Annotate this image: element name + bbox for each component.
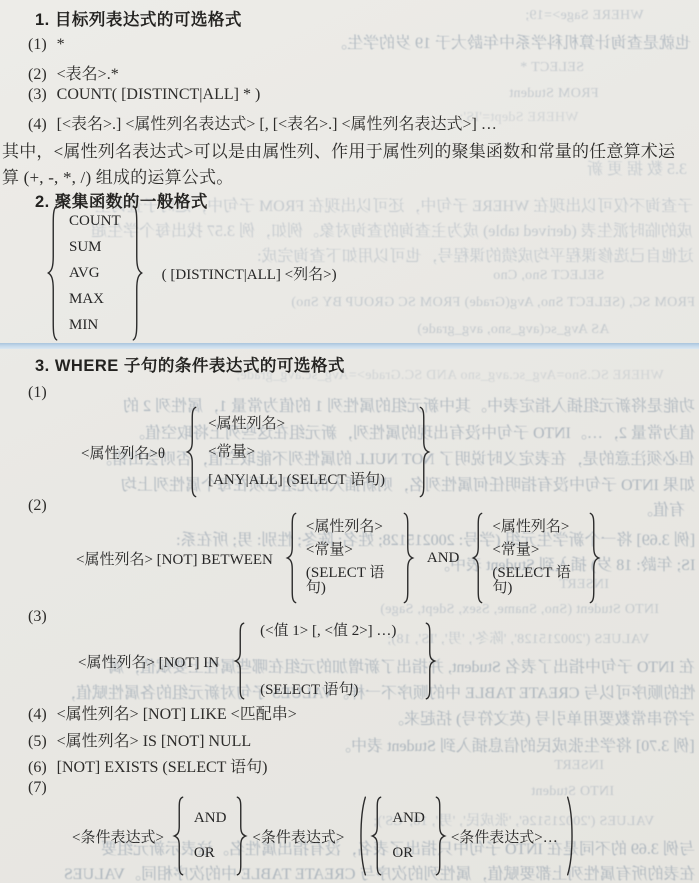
formula-operator: AND: [427, 550, 460, 567]
section1-heading: 1. 目标列表达式的可选格式: [35, 6, 242, 30]
aggregate-function-list: COUNT SUM AVG MAX MIN: [59, 204, 131, 342]
left-brace-icon: [285, 512, 298, 604]
right-paren-icon: [566, 796, 577, 876]
option-list: <属性列名> <常量> (SELECT 语句): [484, 512, 588, 604]
condition-formula-7: <条件表达式> AND OR <条件表达式> AND OR <条件表达式>…: [72, 796, 577, 876]
option-list: <属性列名> <常量> (SELECT 语句): [298, 512, 402, 604]
option: (SELECT 语句): [306, 566, 394, 596]
aggregate-args: ( [DISTINCT|ALL] <列名>): [162, 263, 337, 284]
brace-group: COUNT SUM AVG MAX MIN: [46, 204, 144, 342]
condition-formula-3: <属性列名> [NOT] IN (<值 1> [, <值 2>] …) (SEL…: [78, 622, 437, 700]
item-text: COUNT( [DISTINCT|ALL] * ): [57, 86, 261, 103]
item-text: <属性列名> IS [NOT] NULL: [57, 733, 251, 750]
item-number: (4): [28, 706, 47, 723]
section3-heading: 3. WHERE 子句的条件表达式的可选格式: [35, 352, 345, 376]
logic-operator: OR: [392, 846, 425, 861]
left-brace-icon: [471, 512, 484, 604]
left-brace-icon: [185, 406, 198, 498]
page-content: 1. 目标列表达式的可选格式 (1)* (2)<表名>.* (3)COUNT( …: [0, 0, 699, 883]
aggregate-function: COUNT: [69, 214, 121, 229]
option: <属性列名>: [306, 520, 383, 535]
formula-lhs: <属性列名>θ: [81, 442, 165, 463]
item-number: (6): [28, 759, 47, 776]
right-brace-icon: [434, 796, 447, 876]
condition-format-6: (6)[NOT] EXISTS (SELECT 语句): [28, 754, 267, 777]
item-text: [NOT] EXISTS (SELECT 语句): [57, 759, 268, 776]
option: [ANY|ALL] (SELECT 语句): [208, 473, 385, 488]
format-option-3: (3)COUNT( [DISTINCT|ALL] * ): [28, 86, 260, 104]
formula-expression: <条件表达式>: [252, 826, 344, 847]
item-text: <属性列名> [NOT] LIKE <匹配串>: [57, 706, 297, 723]
item-number: (4): [28, 116, 47, 133]
left-brace-icon: [370, 796, 383, 876]
right-brace-icon: [235, 796, 248, 876]
format-option-1: (1)*: [28, 36, 65, 54]
brace-group: <属性列名> <常量> [ANY|ALL] (SELECT 语句): [185, 406, 431, 498]
aggregate-function: SUM: [69, 240, 121, 255]
brace-group: AND OR: [172, 796, 249, 876]
item-number: (1): [28, 36, 47, 53]
note-paragraph-line1: 其中，<属性列名表达式>可以是由属性列、作用于属性列的聚集函数和常量的任意算术运: [2, 137, 675, 162]
logic-operator: OR: [194, 846, 227, 861]
format-option-2: (2)<表名>.*: [28, 61, 119, 84]
option: <常量>: [492, 543, 539, 558]
right-brace-icon: [131, 204, 144, 342]
formula-lhs: <条件表达式>: [72, 826, 164, 847]
formula-lhs: <属性列名> [NOT] IN: [78, 651, 219, 672]
formula-lhs: <属性列名> [NOT] BETWEEN: [76, 548, 273, 569]
item-number: (2): [28, 66, 47, 83]
condition-format-3-number: (3): [28, 608, 47, 626]
brace-group: <属性列名> <常量> (SELECT 语句): [471, 512, 601, 604]
brace-group: AND OR: [370, 796, 447, 876]
logic-operator-list: AND OR: [383, 796, 434, 876]
item-number: (5): [28, 733, 47, 750]
option: (SELECT 语句): [492, 566, 580, 596]
logic-operator: AND: [194, 811, 227, 826]
aggregate-functions-formula: COUNT SUM AVG MAX MIN ( [DISTINCT|ALL] <…: [46, 204, 337, 342]
note-paragraph-line2: 算 (+, -, *, /) 组成的运算公式。: [2, 163, 233, 188]
logic-operator: AND: [392, 811, 425, 826]
aggregate-function: MAX: [69, 292, 121, 307]
left-brace-icon: [46, 204, 59, 342]
condition-format-2-number: (2): [28, 497, 47, 515]
option: <常量>: [306, 543, 353, 558]
item-number: (3): [28, 86, 47, 103]
right-brace-icon: [588, 512, 601, 604]
condition-format-7-number: (7): [28, 779, 47, 797]
brace-group: (<值 1> [, <值 2>] …) (SELECT 语句): [233, 622, 437, 700]
left-brace-icon: [172, 796, 185, 876]
right-brace-icon: [418, 406, 431, 498]
option-list: (<值 1> [, <值 2>] …) (SELECT 语句): [246, 622, 424, 700]
option-list: <属性列名> <常量> [ANY|ALL] (SELECT 语句): [198, 406, 418, 498]
right-brace-icon: [424, 622, 437, 700]
formula-tail: <条件表达式>…: [451, 826, 558, 847]
format-option-4: (4)[<表名>.] <属性列名表达式> [, [<表名>.] <属性列名表达式…: [28, 111, 497, 134]
aggregate-function: AVG: [69, 266, 121, 281]
left-paren-icon: [356, 796, 367, 876]
item-text: [<表名>.] <属性列名表达式> [, [<表名>.] <属性列名表达式>] …: [57, 116, 497, 133]
option: (<值 1> [, <值 2>] …): [260, 624, 396, 639]
aggregate-function: MIN: [69, 318, 121, 333]
condition-formula-2: <属性列名> [NOT] BETWEEN <属性列名> <常量> (SELECT…: [76, 512, 601, 604]
item-text: <表名>.*: [57, 66, 119, 83]
textbook-page: WHERE Sage>=19; 也就是查询计算机科学系中年龄大于 19 岁的学生…: [0, 0, 699, 883]
condition-formula-1: <属性列名>θ <属性列名> <常量> [ANY|ALL] (SELECT 语句…: [81, 406, 431, 498]
option: <属性列名>: [492, 520, 569, 535]
option: <属性列名>: [208, 417, 285, 432]
logic-operator-list: AND OR: [185, 796, 236, 876]
left-brace-icon: [233, 622, 246, 700]
condition-format-5: (5)<属性列名> IS [NOT] NULL: [28, 728, 251, 751]
right-brace-icon: [402, 512, 415, 604]
option: <常量>: [208, 445, 255, 460]
option: (SELECT 语句): [260, 683, 358, 698]
brace-group: <属性列名> <常量> (SELECT 语句): [285, 512, 415, 604]
condition-format-4: (4)<属性列名> [NOT] LIKE <匹配串>: [28, 701, 297, 724]
item-text: *: [57, 36, 65, 53]
condition-format-1-number: (1): [28, 384, 47, 402]
